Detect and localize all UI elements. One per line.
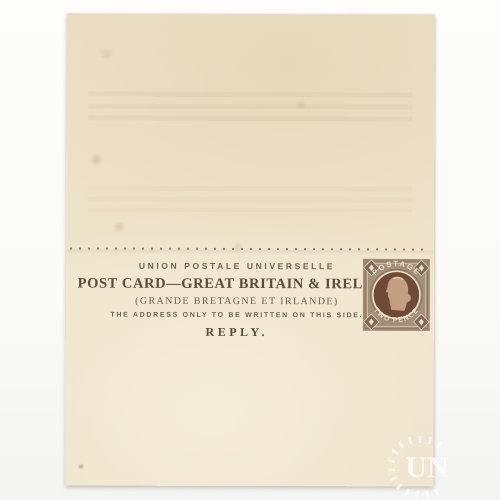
address-instruction: THE ADDRESS ONLY TO BE WRITTEN ON THIS S…: [72, 312, 402, 320]
fold-shadow: [66, 250, 434, 256]
foxing-spot: [112, 222, 126, 233]
postal-card: UNION POSTALE UNIVERSELLE POST CARD—GREA…: [65, 14, 434, 487]
upu-heading: UNION POSTALE UNIVERSELLE: [72, 261, 402, 272]
card-title: POST CARD—GREAT BRITAIN & IRELAND: [72, 276, 402, 294]
foxing-spot: [97, 50, 117, 59]
foxing-spot: [88, 154, 104, 166]
card-imprint: UNION POSTALE UNIVERSELLE POST CARD—GREA…: [72, 261, 402, 341]
showthrough-band: [88, 92, 412, 127]
showthrough-band: [88, 186, 412, 213]
photo-scene: UNION POSTALE UNIVERSELLE POST CARD—GREA…: [0, 0, 500, 500]
foxing-spot: [294, 100, 307, 110]
two-pence-victoria-stamp: POSTAGE TWO PENCE: [362, 257, 431, 332]
foxing-spot: [77, 464, 84, 470]
reply-label: REPLY.: [72, 325, 402, 341]
card-subtitle-french: (GRANDE BRETAGNE ET IRLANDE): [72, 296, 402, 308]
